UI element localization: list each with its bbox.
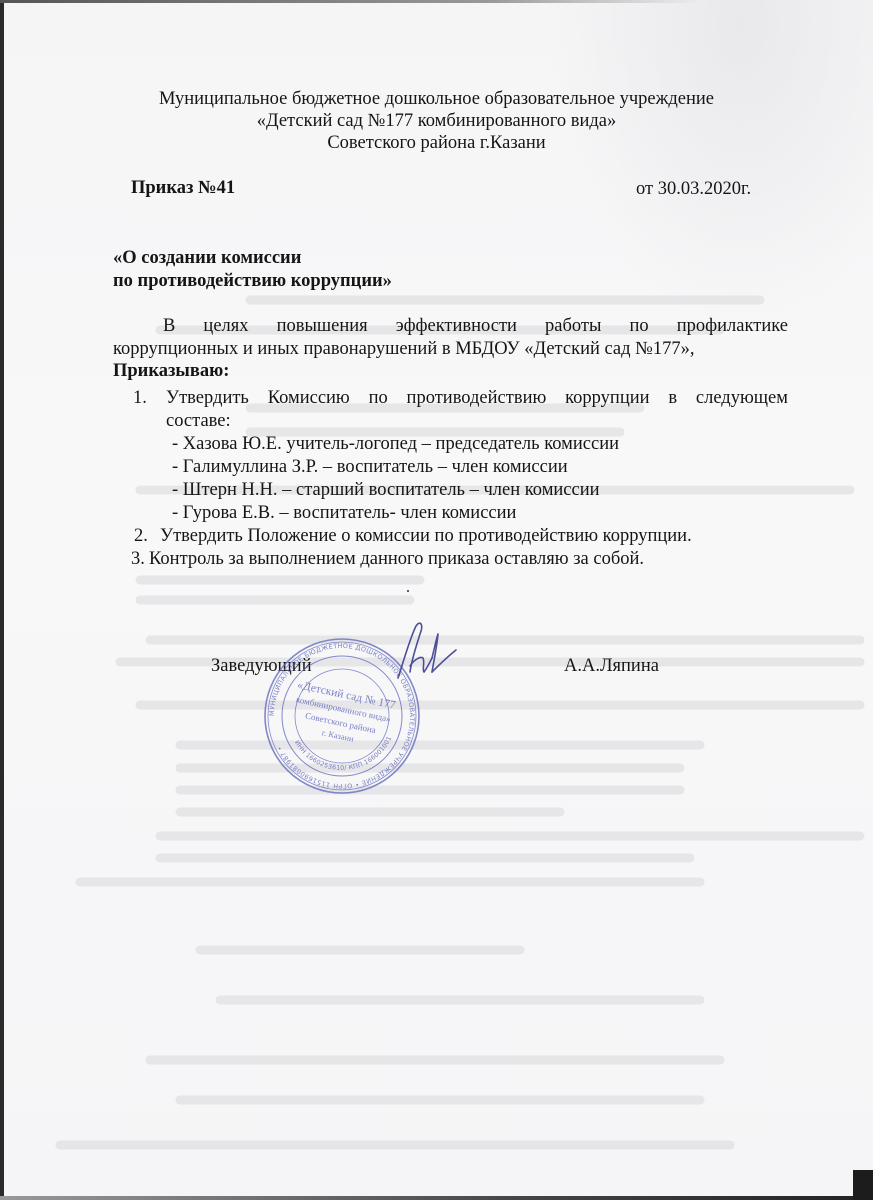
preamble-line1: В целях повышения эффективности работы п…	[113, 315, 788, 337]
orders-label: Приказываю:	[113, 360, 229, 382]
word: целях	[203, 315, 248, 337]
scanner-border-right	[853, 1170, 873, 1200]
signature-icon	[390, 620, 460, 690]
word: работы	[545, 315, 601, 337]
word: эффективности	[396, 315, 517, 337]
order-number: Приказ №41	[131, 177, 235, 199]
item-3-text: Контроль за выполнением данного приказа …	[149, 548, 644, 570]
word: Утвердить	[166, 387, 249, 409]
commission-member: - Галимуллина З.Р. – воспитатель – член …	[172, 456, 568, 478]
scanner-border-bottom	[0, 1196, 873, 1200]
header-institution-line1: Муниципальное бюджетное дошкольное образ…	[0, 88, 873, 110]
item-2-number: 2.	[134, 525, 148, 547]
header-institution-line2: «Детский сад №177 комбинированного вида»	[0, 110, 873, 132]
order-date: от 30.03.2020г.	[636, 178, 751, 200]
handwritten-signature	[390, 620, 460, 690]
commission-member: - Гурова Е.В. – воспитатель- член комисс…	[172, 502, 516, 524]
word: по	[630, 315, 649, 337]
word: противодействию	[407, 387, 547, 409]
stray-mark	[407, 590, 409, 592]
scanner-border-left	[0, 0, 4, 1200]
scanner-border-top	[0, 0, 700, 3]
word: повышения	[277, 315, 368, 337]
commission-member: - Штерн Н.Н. – старший воспитатель – чле…	[172, 479, 600, 501]
word: профилактике	[677, 315, 788, 337]
word: коррупции	[565, 387, 649, 409]
word: в	[668, 387, 677, 409]
signatory-name: А.А.Ляпина	[564, 655, 659, 677]
word: следующем	[696, 387, 788, 409]
word: по	[369, 387, 388, 409]
word: Комиссию	[268, 387, 350, 409]
preamble-line2: коррупционных и иных правонарушений в МБ…	[113, 338, 694, 360]
word: В	[163, 315, 175, 337]
header-institution-line3: Советского района г.Казани	[0, 132, 873, 154]
item-1-line1: Утвердить Комиссию по противодействию ко…	[166, 387, 788, 409]
commission-member: - Хазова Ю.Е. учитель-логопед – председа…	[172, 433, 619, 455]
item-1-number: 1.	[133, 387, 147, 409]
item-1-line2: составе:	[166, 410, 231, 432]
scanned-page: Муниципальное бюджетное дошкольное образ…	[0, 0, 873, 1200]
order-title-line2: по противодействию коррупции»	[113, 270, 392, 292]
item-2-text: Утвердить Положение о комиссии по против…	[160, 525, 692, 547]
order-title-line1: «О создании комиссии	[113, 247, 301, 269]
item-3-number: 3.	[131, 548, 145, 570]
